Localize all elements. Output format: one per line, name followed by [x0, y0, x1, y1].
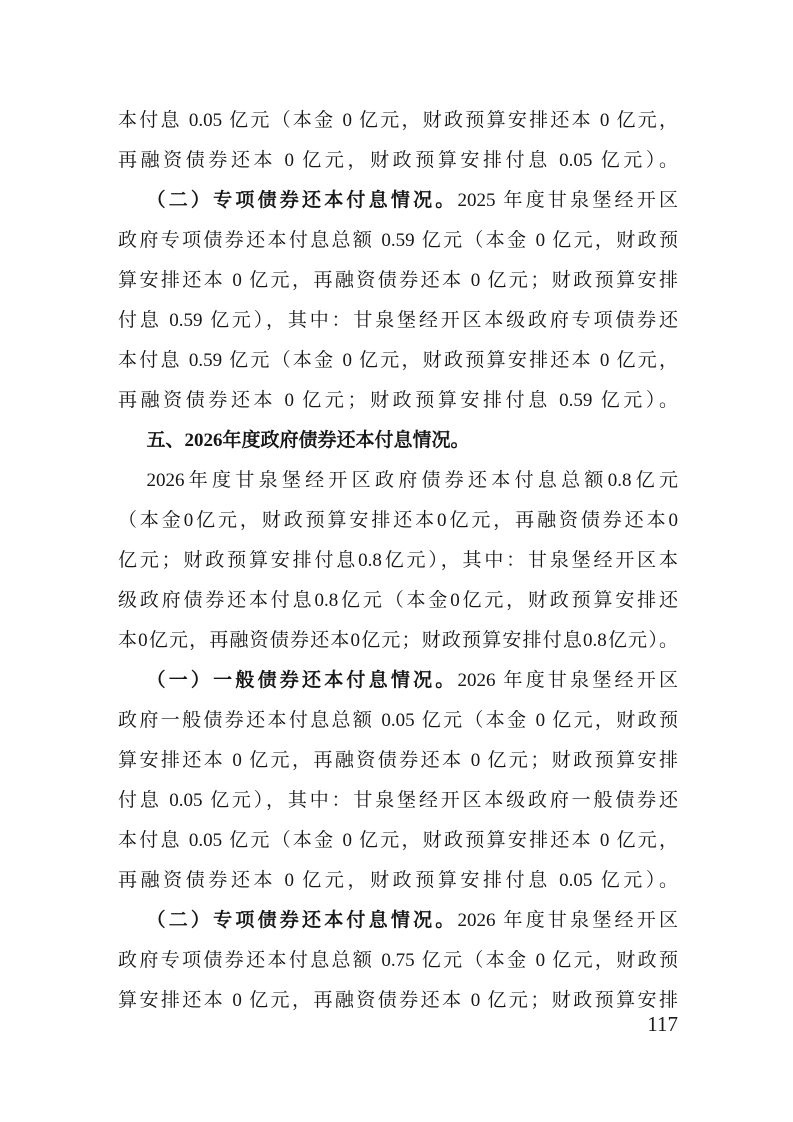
text-line-text: 算安排还本 0 亿元，再融资债券还本 0 亿元；财政预算安排 [118, 270, 678, 291]
text-line: 再融资债券还本 0 亿元；财政预算安排付息 0.59 亿元）。 [118, 381, 678, 421]
text-line-text: 付息 0.05 亿元），其中：甘泉堡经开区本级政府一般债券还 [118, 790, 678, 811]
text-line-text: 级政府债券还本付息0.8亿元（本金0亿元，财政预算安排还 [118, 590, 678, 611]
text-line-text: 再融资债券还本 0 亿元；财政预算安排付息 0.59 亿元）。 [118, 390, 678, 411]
text-line-text: 再融资债券还本 0 亿元，财政预算安排付息 0.05 亿元）。 [118, 870, 678, 891]
text-line-bold-lead: （二）专项债券还本付息情况。 [147, 190, 458, 211]
text-line: 本付息 0.05 亿元（本金 0 亿元，财政预算安排还本 0 亿元， [118, 101, 678, 141]
document-page: 本付息 0.05 亿元（本金 0 亿元，财政预算安排还本 0 亿元，再融资债券还… [0, 0, 793, 1122]
text-line-text: 本付息 0.05 亿元（本金 0 亿元，财政预算安排还本 0 亿元， [118, 110, 678, 131]
text-line: 政府一般债券还本付息总额 0.05 亿元（本金 0 亿元，财政预 [118, 701, 678, 741]
text-line-text: 2026 年度甘泉堡经开区 [458, 910, 678, 931]
text-line: 本付息 0.05 亿元（本金 0 亿元，财政预算安排还本 0 亿元， [118, 821, 678, 861]
text-line: （二）专项债券还本付息情况。2026 年度甘泉堡经开区 [118, 901, 678, 941]
text-line-text: 政府专项债券还本付息总额 0.59 亿元（本金 0 亿元，财政预 [118, 230, 678, 251]
text-line: 再融资债券还本 0 亿元，财政预算安排付息 0.05 亿元）。 [118, 141, 678, 181]
text-line-text: 政府专项债券还本付息总额 0.75 亿元（本金 0 亿元，财政预 [118, 950, 678, 971]
text-line-text: 政府一般债券还本付息总额 0.05 亿元（本金 0 亿元，财政预 [118, 710, 678, 731]
text-line-bold-lead: 五、2026年度政府债券还本付息情况。 [147, 430, 470, 451]
text-line-text: 2025 年度甘泉堡经开区 [458, 190, 678, 211]
text-line: 付息 0.05 亿元），其中：甘泉堡经开区本级政府一般债券还 [118, 781, 678, 821]
text-line: 付息 0.59 亿元），其中：甘泉堡经开区本级政府专项债券还 [118, 301, 678, 341]
text-line: 亿元；财政预算安排付息0.8亿元），其中：甘泉堡经开区本 [118, 541, 678, 581]
text-line-text: 2026年度甘泉堡经开区政府债券还本付息总额0.8亿元 [147, 470, 679, 491]
text-line: （本金0亿元，财政预算安排还本0亿元，再融资债券还本0 [118, 501, 678, 541]
text-line-text: （本金0亿元，财政预算安排还本0亿元，再融资债券还本0 [118, 510, 678, 531]
text-line-text: 亿元；财政预算安排付息0.8亿元），其中：甘泉堡经开区本 [118, 550, 678, 571]
text-line: （二）专项债券还本付息情况。2025 年度甘泉堡经开区 [118, 181, 678, 221]
text-line: 算安排还本 0 亿元，再融资债券还本 0 亿元；财政预算安排 [118, 261, 678, 301]
text-line-text: 本0亿元，再融资债券还本0亿元；财政预算安排付息0.8亿元）。 [118, 630, 678, 651]
text-line-text: 算安排还本 0 亿元，再融资债券还本 0 亿元；财政预算安排 [118, 750, 678, 771]
text-line-bold-lead: （二）专项债券还本付息情况。 [147, 910, 458, 931]
text-line: 本0亿元，再融资债券还本0亿元；财政预算安排付息0.8亿元）。 [118, 621, 678, 661]
text-line: 2026年度甘泉堡经开区政府债券还本付息总额0.8亿元 [118, 461, 678, 501]
text-line: 再融资债券还本 0 亿元，财政预算安排付息 0.05 亿元）。 [118, 861, 678, 901]
text-line-text: 本付息 0.05 亿元（本金 0 亿元，财政预算安排还本 0 亿元， [118, 830, 678, 851]
text-line: 算安排还本 0 亿元，再融资债券还本 0 亿元；财政预算安排 [118, 741, 678, 781]
text-line-text: 付息 0.59 亿元），其中：甘泉堡经开区本级政府专项债券还 [118, 310, 678, 331]
page-number: 117 [118, 1008, 678, 1040]
text-line: 本付息 0.59 亿元（本金 0 亿元，财政预算安排还本 0 亿元， [118, 341, 678, 381]
text-line-text: 2026 年度甘泉堡经开区 [458, 670, 678, 691]
text-line: 五、2026年度政府债券还本付息情况。 [118, 421, 678, 461]
text-line-text: 再融资债券还本 0 亿元，财政预算安排付息 0.05 亿元）。 [118, 150, 678, 171]
document-body: 本付息 0.05 亿元（本金 0 亿元，财政预算安排还本 0 亿元，再融资债券还… [118, 101, 678, 1021]
text-line: （一）一般债券还本付息情况。2026 年度甘泉堡经开区 [118, 661, 678, 701]
text-line-text: 本付息 0.59 亿元（本金 0 亿元，财政预算安排还本 0 亿元， [118, 350, 678, 371]
text-line: 政府专项债券还本付息总额 0.75 亿元（本金 0 亿元，财政预 [118, 941, 678, 981]
text-line: 政府专项债券还本付息总额 0.59 亿元（本金 0 亿元，财政预 [118, 221, 678, 261]
text-line: 级政府债券还本付息0.8亿元（本金0亿元，财政预算安排还 [118, 581, 678, 621]
text-line-bold-lead: （一）一般债券还本付息情况。 [147, 670, 458, 691]
